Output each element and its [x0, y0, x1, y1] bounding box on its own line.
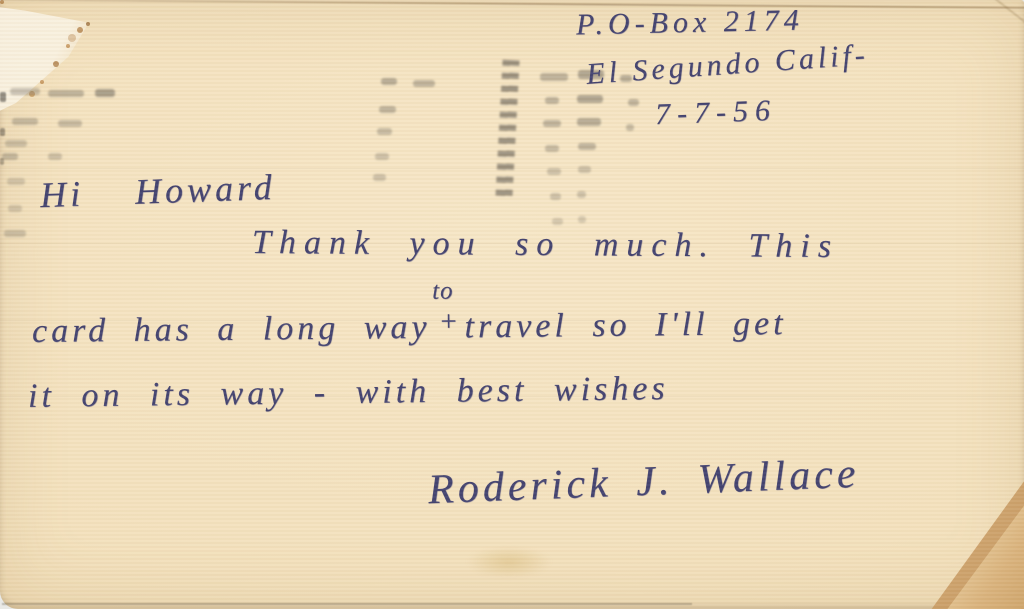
ink-smudge — [58, 120, 82, 127]
ink-smudge — [626, 124, 634, 131]
signature: Roderick J. Wallace — [427, 450, 860, 515]
greeting: Hi Howard — [39, 166, 276, 216]
ink-smudge — [547, 168, 561, 175]
message-line-2-pre: card has a long way — [32, 309, 431, 350]
ink-smudge — [2, 153, 18, 160]
bottom-edge-shadow — [2, 603, 692, 605]
ink-smudge — [381, 78, 397, 85]
ink-smudge — [4, 230, 26, 237]
ink-smudge — [7, 178, 25, 185]
top-right-crease — [990, 0, 1024, 35]
message-line-3: it on its way - with best wishes — [28, 370, 669, 416]
edge-speck — [0, 128, 5, 136]
ink-smudge — [578, 166, 591, 173]
ink-smudge — [413, 80, 435, 87]
ink-smudge — [543, 120, 561, 127]
edge-speck — [0, 158, 4, 165]
ink-smudge — [8, 205, 22, 212]
top-edge-crease — [0, 0, 1024, 9]
ink-smudge — [577, 118, 601, 126]
inserted-word-block: to+ — [430, 303, 464, 337]
ink-smudge — [5, 140, 27, 147]
ink-smudge — [377, 128, 392, 135]
ink-smudge-column — [495, 60, 519, 199]
edge-speck — [0, 92, 6, 102]
inserted-word: to — [432, 278, 454, 306]
ink-smudge — [12, 118, 38, 125]
ink-smudge — [48, 153, 62, 160]
postcard: P.O-Box 2174 El Segundo Calif- 7-7-56 Hi… — [0, 0, 1024, 609]
ink-smudge — [10, 88, 40, 95]
message-line-2: card has a long wayto+travel so I'll get — [32, 300, 787, 351]
message-line-1: Thank you so much. This — [252, 224, 839, 266]
ink-smudge — [545, 97, 559, 104]
ink-smudge — [95, 89, 115, 97]
address-po-box: P.O-Box 2174 — [576, 4, 804, 43]
date: 7-7-56 — [654, 94, 777, 132]
ink-smudge — [545, 145, 559, 152]
address-city: El Segundo Calif- — [585, 38, 870, 92]
ink-smudge — [375, 153, 389, 160]
ink-smudge — [373, 174, 386, 181]
ink-smudge — [540, 73, 568, 81]
ink-smudge — [578, 216, 586, 223]
caret-mark: + — [438, 305, 462, 338]
ink-smudge — [552, 218, 563, 225]
ink-smudge — [379, 106, 396, 113]
ink-smudge — [578, 143, 596, 150]
ink-smudge — [577, 191, 586, 198]
message-line-2-post: travel so I'll get — [464, 305, 786, 345]
ink-smudge — [628, 99, 639, 106]
ink-smudge — [550, 193, 561, 200]
ink-smudge — [48, 90, 84, 97]
stain-top-left — [0, 4, 114, 114]
ink-smudge — [577, 95, 603, 103]
yellow-stain — [466, 546, 552, 578]
